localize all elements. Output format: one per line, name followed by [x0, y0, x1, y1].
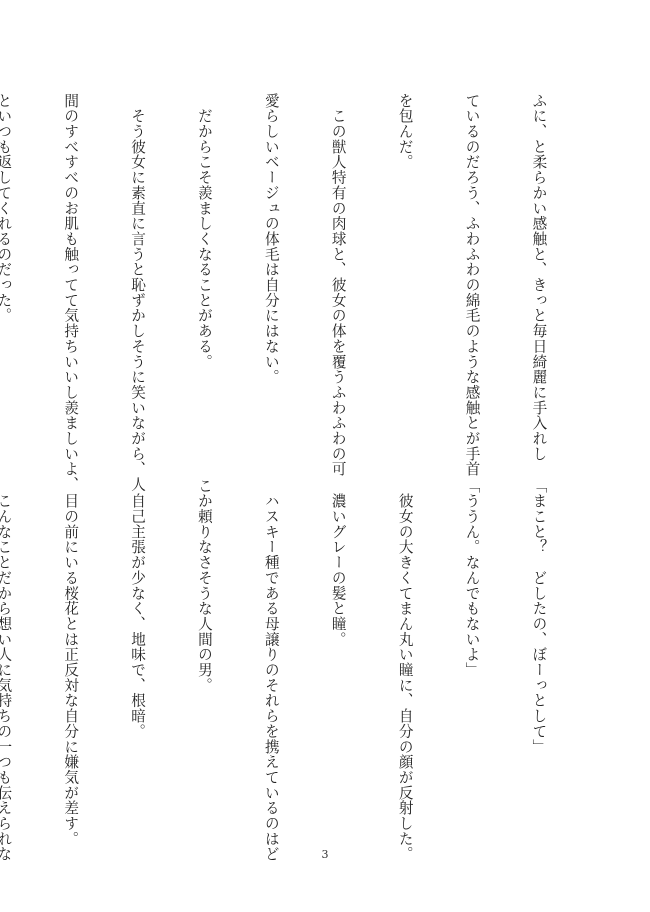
text-block-bottom: 「まこと？ どしたの、ぼーっとして」 「ううん。なんでもないよ」 彼女の大きくて… [0, 478, 594, 850]
text-line: ているのだろう、ふわふわの綿毛のような感触とが手首 [460, 93, 482, 465]
document-page: ふに、と柔らかい感触と、きっと毎日綺麗に手入れし ているのだろう、ふわふわの綿毛… [0, 0, 650, 912]
text-block-top: ふに、と柔らかい感触と、きっと毎日綺麗に手入れし ているのだろう、ふわふわの綿毛… [0, 93, 594, 465]
text-line: だからこそ羨ましくなることがある。 [193, 93, 215, 465]
text-line: 彼女の大きくてまん丸い瞳に、自分の顔が反射した。 [393, 478, 415, 850]
text-line: ハスキー種である母譲りのそれらを携えているのはど [260, 478, 282, 850]
text-line: 目の前にいる桜花とは正反対な自分に嫌気が差す。 [59, 478, 81, 850]
text-line: 「まこと？ どしたの、ぼーっとして」 [527, 478, 549, 850]
text-line: 濃いグレーの髪と瞳。 [326, 478, 348, 850]
page-number: 3 [0, 848, 650, 861]
text-line: ふに、と柔らかい感触と、きっと毎日綺麗に手入れし [527, 93, 549, 465]
text-line: こんなことだから想い人に気持ちの一つも伝えられな [0, 478, 14, 850]
text-line: を包んだ。 [393, 93, 415, 465]
text-line: 「ううん。なんでもないよ」 [460, 478, 482, 850]
text-line: そう彼女に素直に言うと恥ずかしそうに笑いながら、人 [126, 93, 148, 465]
text-line: 自己主張が少なく、地味で、根暗。 [126, 478, 148, 850]
text-line: といつも返してくれるのだった。 [0, 93, 14, 465]
text-line: この獣人特有の肉球と、彼女の体を覆うふわふわの可 [326, 93, 348, 465]
text-line: 間のすべすべのお肌も触ってて気持ちいいし羨ましいよ、 [59, 93, 81, 465]
text-line: こか頼りなさそうな人間の男。 [193, 478, 215, 850]
text-line: 愛らしいベージュの体毛は自分にはない。 [260, 93, 282, 465]
